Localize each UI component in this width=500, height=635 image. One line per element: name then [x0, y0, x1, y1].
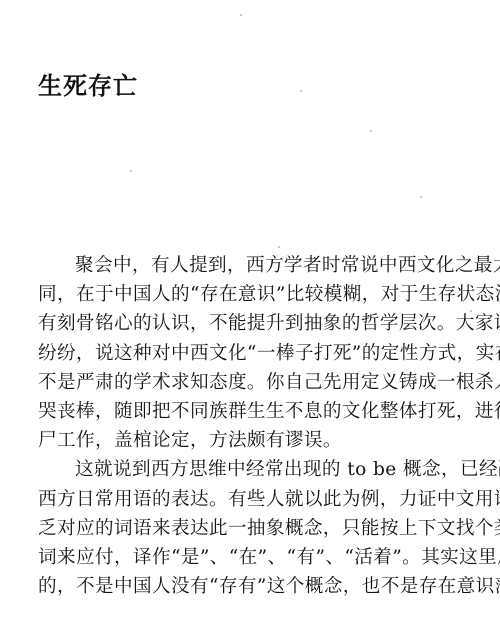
text-line: 同，在于中国人的“存在意识”比较模糊，对于生存状态没 — [38, 280, 462, 309]
text-line: 纷纷，说这种对中西文化“一棒子打死”的定性方式，实在 — [38, 339, 462, 368]
text-line: 乏对应的词语来表达此一抽象概念，只能按上下文找个类似 — [38, 514, 462, 543]
scan-speck — [130, 170, 132, 172]
body-text: 聚会中，有人提到，西方学者时常说中西文化之最大不 同，在于中国人的“存在意识”比… — [38, 251, 462, 601]
text-line: 这就说到西方思维中经常出现的 to be 概念，已经融入 — [38, 455, 462, 484]
scan-speck — [470, 520, 472, 522]
scan-speck — [300, 90, 302, 92]
text-line: 西方日常用语的表达。有些人就以此为例，力证中文用语缺 — [38, 485, 462, 514]
document-page: 生死存亡 聚会中，有人提到，西方学者时常说中西文化之最大不 同，在于中国人的“存… — [0, 0, 500, 635]
scan-speck — [420, 196, 422, 198]
scan-speck — [240, 14, 242, 16]
text-line: 尸工作，盖棺论定，方法颇有谬误。 — [38, 426, 462, 455]
scan-speck — [278, 246, 280, 248]
paragraph-2: 这就说到西方思维中经常出现的 to be 概念，已经融入 西方日常用语的表达。有… — [38, 455, 462, 601]
text-line: 哭丧棒，随即把不同族群生生不息的文化整体打死，进行验 — [38, 397, 462, 426]
scan-speck — [470, 310, 472, 312]
text-line: 聚会中，有人提到，西方学者时常说中西文化之最大不 — [38, 251, 462, 280]
text-line: 词来应付，译作“是”、“在”、“有”、“活着”。其实这里反映 — [38, 543, 462, 572]
paragraph-1: 聚会中，有人提到，西方学者时常说中西文化之最大不 同，在于中国人的“存在意识”比… — [38, 251, 462, 455]
text-line: 的，不是中国人没有“存有”这个概念，也不是存在意识薄 — [38, 572, 462, 601]
chapter-title: 生死存亡 — [38, 72, 138, 100]
text-line: 有刻骨铭心的认识，不能提升到抽象的哲学层次。大家议论 — [38, 309, 462, 338]
text-line: 不是严肃的学术求知态度。你自己先用定义铸成一根杀人的 — [38, 368, 462, 397]
scan-speck — [370, 130, 372, 132]
